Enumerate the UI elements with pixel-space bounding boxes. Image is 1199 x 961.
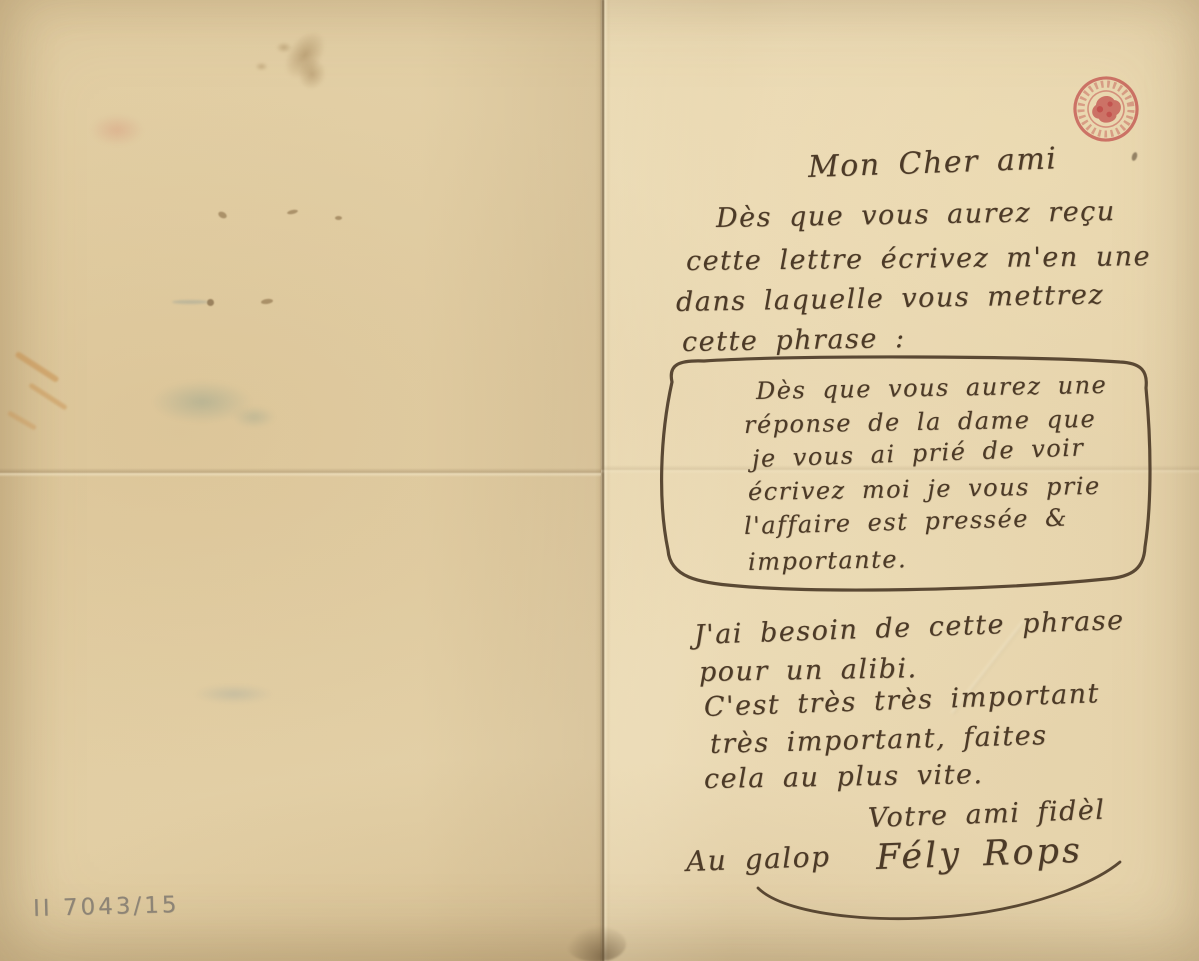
ink-speck — [207, 299, 214, 306]
brown-stain — [276, 42, 292, 53]
salutation: Mon Cher ami — [807, 141, 1058, 185]
bottom-fold-smudge — [566, 926, 626, 961]
letter-line: J'ai besoin de cette phrase — [693, 605, 1125, 651]
left-page-shading — [0, 0, 601, 961]
letter-line: cela au plus vite. — [704, 759, 984, 795]
ink-speck — [335, 216, 342, 220]
teal-smudge — [150, 380, 254, 424]
rust-streak — [14, 351, 59, 383]
letter-line: dans laquelle vous mettrez — [676, 280, 1105, 318]
catalog-number: II 7043/15 — [33, 892, 180, 922]
ink-speck — [261, 298, 274, 305]
horizontal-fold-crease-left — [0, 468, 601, 477]
letter-line: cette phrase : — [682, 323, 906, 358]
haste-note: Au galop — [685, 840, 831, 878]
boxed-phrase-line: importante. — [748, 545, 908, 576]
letter-line: très important, faites — [710, 720, 1048, 760]
boxed-phrase-line: écrivez moi je vous prie — [748, 472, 1101, 506]
letter-line: Dès que vous aurez reçu — [716, 196, 1116, 234]
ink-speck — [217, 210, 228, 220]
vertical-fold-crease — [595, 0, 611, 961]
ink-speck — [287, 209, 299, 215]
brown-stain — [294, 54, 331, 93]
valediction: Votre ami fidèl — [867, 795, 1105, 834]
letter-line: cette lettre écrivez m'en une — [686, 241, 1151, 277]
brown-stain — [276, 23, 335, 87]
rust-streak — [28, 382, 68, 410]
blue-streak — [172, 300, 208, 304]
collection-stamp-icon — [1066, 70, 1146, 150]
letter-line: pour un alibi. — [699, 653, 918, 688]
boxed-phrase-line: Dès que vous aurez une — [756, 371, 1108, 405]
vertical-fold-line — [602, 0, 604, 961]
faint-blue-smudge — [194, 684, 274, 704]
ink-speck — [1131, 151, 1139, 161]
letter-scan: Mon Cher ami Dès que vous aurez reçu cet… — [0, 0, 1199, 961]
rust-streak — [7, 410, 37, 430]
boxed-phrase-line: l'affaire est pressée & — [744, 504, 1069, 540]
faint-red-smudge — [90, 114, 144, 146]
brown-stain — [255, 62, 268, 71]
boxed-phrase-line: je vous ai prié de voir — [752, 433, 1085, 473]
teal-smudge — [232, 406, 276, 428]
signature: Fély Rops — [875, 831, 1083, 878]
